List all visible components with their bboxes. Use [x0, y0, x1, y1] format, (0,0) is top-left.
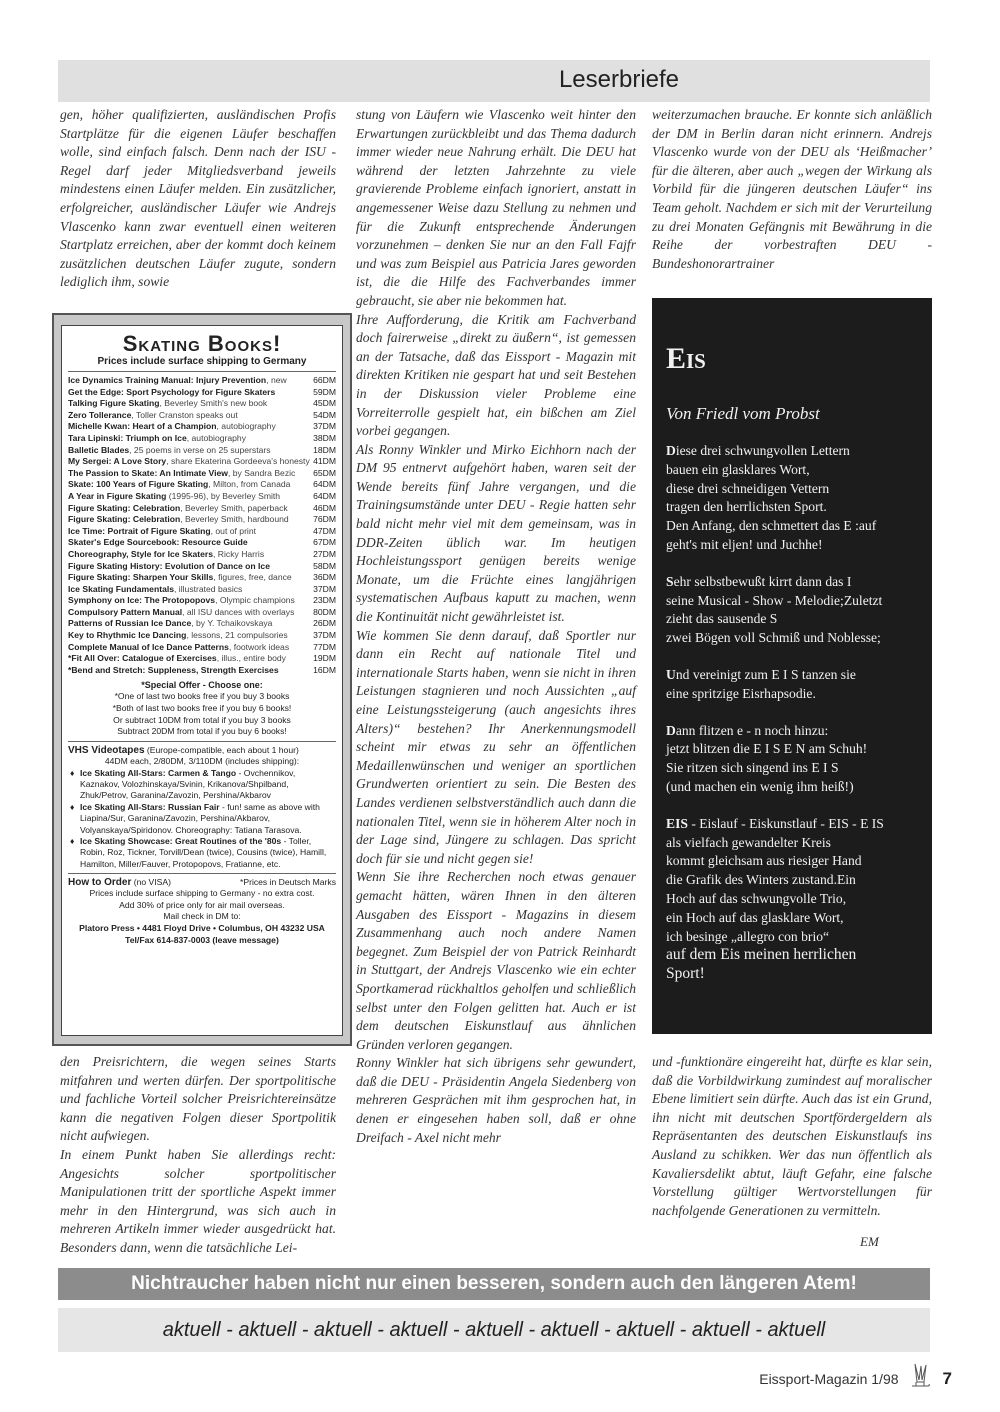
book-title: A Year in Figure Skating: [68, 491, 166, 501]
book-row: Figure Skating: Celebration, Beverley Sm…: [68, 514, 336, 526]
book-desc: , footwork ideas: [229, 642, 289, 652]
letter-column-2: stung von Läufern wie Vlascenko weit hin…: [356, 106, 636, 1147]
poem-line: Sehr selbstbewußt kirrt dann das I: [666, 573, 918, 592]
book-row: Figure Skating: Sharpen Your Skills, fig…: [68, 572, 336, 584]
poem-line: ich besinge „allegro con brio“: [666, 928, 918, 947]
divider: [68, 371, 336, 372]
book-row: Get the Edge: Sport Psychology for Figur…: [68, 387, 336, 399]
book-title: Skater's Edge Sourcebook: Resource Guide: [68, 537, 248, 547]
page-footer: Eissport-Magazin 1/98 7: [759, 1362, 952, 1395]
book-price: 59DM: [313, 387, 336, 399]
book-row: Complete Manual of Ice Dance Patterns, f…: [68, 642, 336, 654]
book-row: Skate: 100 Years of Figure Skating, Milt…: [68, 479, 336, 491]
book-row: Ice Time: Portrait of Figure Skating, ou…: [68, 526, 336, 538]
book-price: 45DM: [313, 398, 336, 410]
book-title: Figure Skating History: Evolution of Dan…: [68, 561, 270, 571]
book-price: 46DM: [313, 503, 336, 515]
book-row: Zero Tollerance, Toller Cranston speaks …: [68, 410, 336, 422]
order-section: How to Order (no VISA)*Prices in Deutsch…: [68, 877, 336, 946]
book-title: Skate: 100 Years of Figure Skating: [68, 479, 208, 489]
vhs-title: Ice Skating All-Stars: Carmen & Tango: [80, 768, 236, 778]
diamond-bullet-icon: ♦: [70, 836, 74, 847]
book-row: Ice Skating Fundamentals, illustrated ba…: [68, 584, 336, 596]
letter-column-3-bottom: und -funktionäre eingereiht hat, dürfte …: [652, 1053, 932, 1220]
poem-line: die Grafik des Winters zustand.Ein: [666, 871, 918, 890]
book-price: 64DM: [313, 491, 336, 503]
book-title: Balletic Blades: [68, 445, 129, 455]
book-desc: , Milton, from Canada: [208, 479, 290, 489]
paragraph: gen, höher qualifizierten, ausländischen…: [60, 106, 336, 292]
book-row: The Passion to Skate: An Intimate View, …: [68, 468, 336, 480]
prices-note: *Prices in Deutsch Marks: [240, 877, 336, 888]
poem-stanza: Diese drei schwungvollen Letternbauen ei…: [666, 442, 918, 555]
poem-line: Sie ritzen sich singend ins E I S: [666, 759, 918, 778]
book-row: *Fit All Over: Catalogue of Exercises, i…: [68, 653, 336, 665]
book-title: Zero Tollerance: [68, 410, 131, 420]
magazine-issue: Eissport-Magazin 1/98: [759, 1371, 898, 1387]
book-title: Figure Skating: Celebration: [68, 503, 180, 513]
book-price: 66DM: [313, 375, 336, 387]
book-title: Compulsory Pattern Manual: [68, 607, 182, 617]
book-desc: , autobiography: [217, 421, 276, 431]
vhs-item: ♦Ice Skating All-Stars: Carmen & Tango -…: [68, 768, 336, 802]
letter-column-3-top: weiterzumachen brauche. Er konnte sich a…: [652, 106, 932, 273]
book-desc: , out of print: [211, 526, 256, 536]
poem-line: Und vereinigt zum E I S tanzen sie: [666, 666, 918, 685]
aktuell-banner: aktuell - aktuell - aktuell - aktuell - …: [58, 1308, 930, 1352]
poem-line: Sport!: [666, 965, 918, 984]
ad-content: Skating Books! Prices include surface sh…: [61, 325, 343, 1036]
book-desc: , Beverley Smith's new book: [160, 398, 268, 408]
book-price: 16DM: [313, 665, 336, 677]
book-row: *Bend and Stretch: Suppleness, Strength …: [68, 665, 336, 677]
book-price: 19DM: [313, 653, 336, 665]
book-price: 65DM: [313, 468, 336, 480]
offer-line: Subtract 20DM from total if you buy 6 bo…: [68, 726, 336, 738]
book-price: 76DM: [313, 514, 336, 526]
book-price: 37DM: [313, 421, 336, 433]
book-row: Skater's Edge Sourcebook: Resource Guide…: [68, 537, 336, 549]
book-row: Michelle Kwan: Heart of a Champion, auto…: [68, 421, 336, 433]
ad-subtitle: Prices include surface shipping to Germa…: [68, 356, 336, 367]
book-price: 37DM: [313, 630, 336, 642]
paragraph: Ronny Winkler hat sich übrigens sehr gew…: [356, 1054, 636, 1147]
book-desc: , by Y. Tchaikovskaya: [191, 618, 272, 628]
poem-line: diese drei schneidigen Vettern: [666, 480, 918, 499]
book-title: Michelle Kwan: Heart of a Champion: [68, 421, 217, 431]
section-header: Leserbriefe: [58, 60, 930, 102]
vhs-pricing: 44DM each, 2/80DM, 3/110DM (includes shi…: [68, 756, 336, 767]
book-title: Key to Rhythmic Ice Dancing: [68, 630, 186, 640]
poem-line: EIS - Eislauf - Eiskunstlauf - EIS - E I…: [666, 815, 918, 834]
book-row: My Sergei: A Love Story, share Ekaterina…: [68, 456, 336, 468]
letter-column-1-bottom: den Preisrichtern, die wegen seines Star…: [60, 1053, 336, 1258]
book-title: Get the Edge: Sport Psychology for Figur…: [68, 387, 275, 397]
book-price: 41DM: [313, 456, 336, 468]
diamond-bullet-icon: ♦: [70, 768, 74, 779]
poem-line: Hoch auf das schwungvolle Trio,: [666, 890, 918, 909]
book-desc: , 25 poems in verse on 25 superstars: [129, 445, 270, 455]
poem-box: Eis Von Friedl vom Probst Diese drei sch…: [652, 298, 932, 1034]
order-line: Add 30% of price only for air mail overs…: [68, 900, 336, 912]
poem-title: Eis: [666, 342, 918, 376]
book-title: Complete Manual of Ice Dance Patterns: [68, 642, 229, 652]
special-offer-title: *Special Offer - Choose one:: [68, 679, 336, 691]
poem-line: kommt gleichsam aus riesiger Hand: [666, 852, 918, 871]
book-title: Ice Dynamics Training Manual: Injury Pre…: [68, 375, 266, 385]
paragraph: stung von Läufern wie Vlascenko weit hin…: [356, 106, 636, 311]
book-row: Talking Figure Skating, Beverley Smith's…: [68, 398, 336, 410]
book-price: 58DM: [313, 561, 336, 573]
book-title: Tara Lipinski: Triumph on Ice: [68, 433, 187, 443]
poem-line: ein Hoch auf das glasklare Wort,: [666, 909, 918, 928]
poem-stanzas: Diese drei schwungvollen Letternbauen ei…: [666, 442, 918, 984]
paragraph: Wie kommen Sie denn darauf, daß Sportler…: [356, 627, 636, 869]
book-row: Patterns of Russian Ice Dance, by Y. Tch…: [68, 618, 336, 630]
book-row: Compulsory Pattern Manual, all ISU dance…: [68, 607, 336, 619]
diamond-bullet-icon: ♦: [70, 802, 74, 813]
book-desc: , illus., entire body: [217, 653, 286, 663]
poem-line: seine Musical - Show - Melodie;Zuletzt: [666, 592, 918, 611]
book-row: Tara Lipinski: Triumph on Ice, autobiogr…: [68, 433, 336, 445]
book-desc: , autobiography: [187, 433, 246, 443]
poem-line: Dann flitzen e - n noch hinzu:: [666, 722, 918, 741]
book-title: Choreography, Style for Ice Skaters: [68, 549, 213, 559]
book-price: 67DM: [313, 537, 336, 549]
book-desc: (1995-96), by Beverley Smith: [166, 491, 280, 501]
poem-line: geht's mit eljen! und Juchhe!: [666, 536, 918, 555]
poem-line: als vielfach gewandelter Kreis: [666, 834, 918, 853]
book-row: Balletic Blades, 25 poems in verse on 25…: [68, 445, 336, 457]
book-desc: , share Ekaterina Gordeeva's honesty: [166, 456, 310, 466]
book-desc: , Olympic champions: [215, 595, 295, 605]
poem-line: eine spritzige Eisrhapsodie.: [666, 685, 918, 704]
slogan-banner: Nichtraucher haben nicht nur einen besse…: [58, 1268, 930, 1300]
vhs-heading: VHS Videotapes: [68, 745, 145, 756]
paragraph: Wenn Sie ihre Recherchen noch etwas gena…: [356, 868, 636, 1054]
paragraph: Als Ronny Winkler und Mirko Eichhorn nac…: [356, 441, 636, 627]
order-line: Prices include surface shipping to Germa…: [68, 888, 336, 900]
vhs-title: Ice Skating All-Stars: Russian Fair: [80, 802, 220, 812]
poem-line: zieht das sausende S: [666, 610, 918, 629]
book-row: Figure Skating: Celebration, Beverley Sm…: [68, 503, 336, 515]
poem-stanza: EIS - Eislauf - Eiskunstlauf - EIS - E I…: [666, 815, 918, 984]
poem-line: Den Anfang, den schmettert das E :auf: [666, 517, 918, 536]
paragraph: In einem Punkt haben Sie allerdings rech…: [60, 1146, 336, 1258]
vhs-title: Ice Skating Showcase: Great Routines of …: [80, 836, 281, 846]
book-price: 64DM: [313, 479, 336, 491]
poem-stanza: Sehr selbstbewußt kirrt dann das Iseine …: [666, 573, 918, 648]
book-desc: , Beverley Smith, paperback: [180, 503, 287, 513]
ad-title: Skating Books!: [68, 332, 336, 356]
book-price: 54DM: [313, 410, 336, 422]
offer-line: *One of last two books free if you buy 3…: [68, 691, 336, 703]
poem-line: jetzt blitzen die E I S E N am Schuh!: [666, 740, 918, 759]
order-address: Platoro Press • 4481 Floyd Drive • Colum…: [68, 923, 336, 935]
book-desc: , all ISU dances with overlays: [182, 607, 294, 617]
divider: [68, 873, 336, 874]
order-line: Mail check in DM to:: [68, 911, 336, 923]
paragraph: Ihre Aufforderung, die Kritik am Fachver…: [356, 311, 636, 441]
book-price: 38DM: [313, 433, 336, 445]
vhs-note: (Europe-compatible, each about 1 hour): [145, 745, 299, 755]
order-phone: Tel/Fax 614-837-0003 (leave message): [68, 935, 336, 947]
book-title: Patterns of Russian Ice Dance: [68, 618, 191, 628]
paragraph: den Preisrichtern, die wegen seines Star…: [60, 1053, 336, 1146]
book-title: The Passion to Skate: An Intimate View: [68, 468, 228, 478]
book-desc: , Ricky Harris: [213, 549, 264, 559]
book-price: 80DM: [313, 607, 336, 619]
book-desc: , illustrated basics: [174, 584, 242, 594]
book-desc: , figures, free, dance: [213, 572, 291, 582]
paragraph: und -funktionäre eingereiht hat, dürfte …: [652, 1053, 932, 1220]
poem-line: Diese drei schwungvollen Lettern: [666, 442, 918, 461]
book-row: Figure Skating History: Evolution of Dan…: [68, 561, 336, 573]
divider: [68, 741, 336, 742]
book-title: Ice Time: Portrait of Figure Skating: [68, 526, 211, 536]
book-title: Figure Skating: Sharpen Your Skills: [68, 572, 213, 582]
page-number: 7: [943, 1369, 952, 1389]
book-desc: , Beverley Smith, hardbound: [180, 514, 288, 524]
book-row: Ice Dynamics Training Manual: Injury Pre…: [68, 375, 336, 387]
poem-line: (und machen ein wenig ihm heiß!): [666, 778, 918, 797]
book-price: 27DM: [313, 549, 336, 561]
paragraph: weiterzumachen brauche. Er konnte sich a…: [652, 106, 932, 273]
order-note: (no VISA): [131, 877, 171, 887]
offer-list: *One of last two books free if you buy 3…: [68, 691, 336, 737]
book-price: 18DM: [313, 445, 336, 457]
book-title: Talking Figure Skating: [68, 398, 160, 408]
letter-column-1-top: gen, höher qualifizierten, ausländischen…: [60, 106, 336, 292]
poem-author: Von Friedl vom Probst: [666, 404, 918, 424]
vhs-section: VHS Videotapes (Europe-compatible, each …: [68, 745, 336, 870]
book-price: 77DM: [313, 642, 336, 654]
poem-line: bauen ein glasklares Wort,: [666, 461, 918, 480]
vhs-item: ♦Ice Skating All-Stars: Russian Fair - f…: [68, 802, 336, 836]
book-title: *Fit All Over: Catalogue of Exercises: [68, 653, 217, 663]
book-desc: , new: [266, 375, 287, 385]
book-title: Ice Skating Fundamentals: [68, 584, 174, 594]
vhs-item: ♦Ice Skating Showcase: Great Routines of…: [68, 836, 336, 870]
skating-books-ad: Skating Books! Prices include surface sh…: [52, 313, 352, 1046]
poem-line: tragen den herrlichsten Sport.: [666, 498, 918, 517]
book-title: My Sergei: A Love Story: [68, 456, 166, 466]
book-title: Figure Skating: Celebration: [68, 514, 180, 524]
order-heading: How to Order: [68, 877, 131, 888]
book-price: 36DM: [313, 572, 336, 584]
section-title: Leserbriefe: [58, 66, 930, 94]
book-row: Choreography, Style for Ice Skaters, Ric…: [68, 549, 336, 561]
book-title: *Bend and Stretch: Suppleness, Strength …: [68, 665, 279, 675]
poem-stanza: Und vereinigt zum E I S tanzen sieeine s…: [666, 666, 918, 704]
book-price: 26DM: [313, 618, 336, 630]
book-row: Symphony on Ice: The Protopopovs, Olympi…: [68, 595, 336, 607]
poem-line: auf dem Eis meinen herrlichen: [666, 946, 918, 965]
book-price: 47DM: [313, 526, 336, 538]
book-desc: , by Sandra Bezic: [228, 468, 295, 478]
book-row: Key to Rhythmic Ice Dancing, lessons, 21…: [68, 630, 336, 642]
author-signature: EM: [860, 1234, 879, 1250]
book-list: Ice Dynamics Training Manual: Injury Pre…: [68, 375, 336, 676]
vhs-list: ♦Ice Skating All-Stars: Carmen & Tango -…: [68, 768, 336, 871]
skate-logo-icon: [909, 1362, 931, 1395]
book-row: A Year in Figure Skating (1995-96), by B…: [68, 491, 336, 503]
book-desc: , Toller Cranston speaks out: [131, 410, 237, 420]
offer-line: *Both of last two books free if you buy …: [68, 703, 336, 715]
offer-line: Or subtract 10DM from total if you buy 3…: [68, 715, 336, 727]
book-price: 23DM: [313, 595, 336, 607]
poem-stanza: Dann flitzen e - n noch hinzu:jetzt blit…: [666, 722, 918, 797]
poem-line: zwei Bögen voll Schmiß und Noblesse;: [666, 629, 918, 648]
book-desc: , lessons, 21 compulsories: [186, 630, 287, 640]
book-title: Symphony on Ice: The Protopopovs: [68, 595, 215, 605]
book-price: 37DM: [313, 584, 336, 596]
